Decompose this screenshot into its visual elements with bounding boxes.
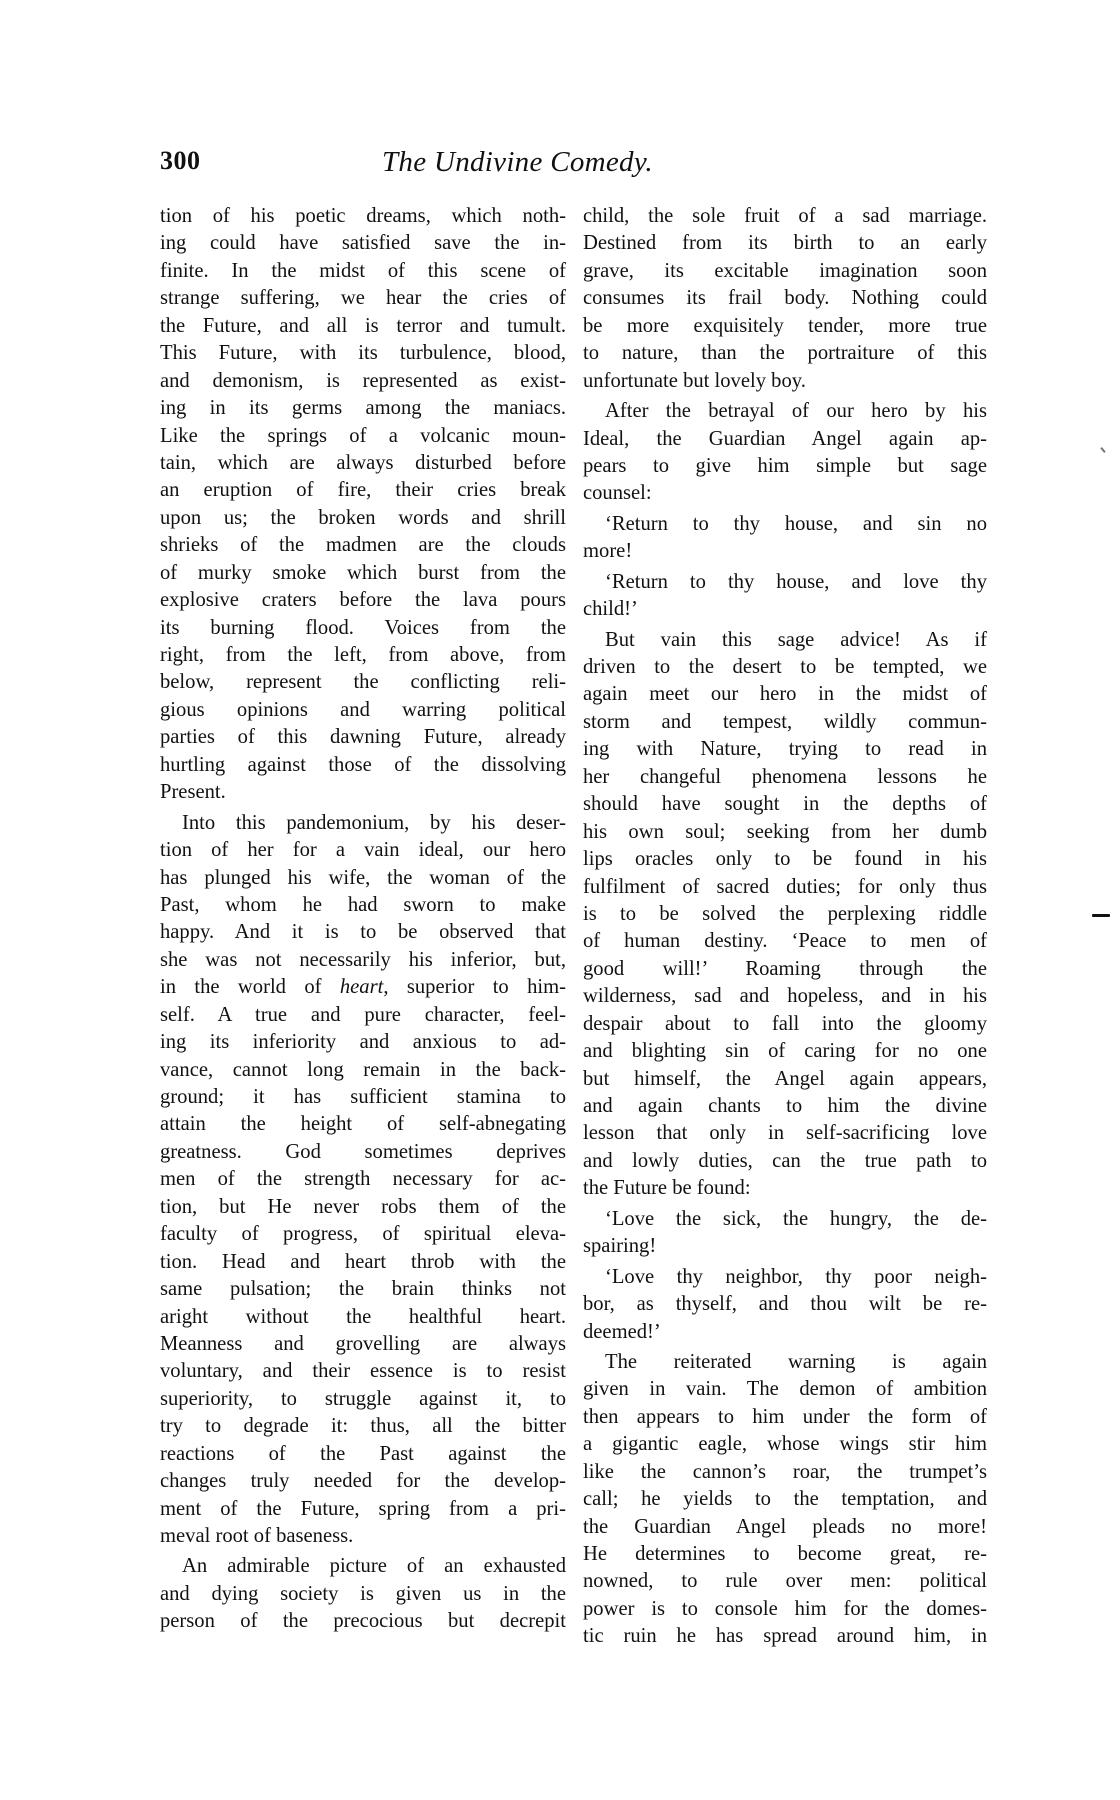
- text-line: He determines to become great, re-: [583, 1541, 987, 1568]
- text-line: tain, which are always disturbed before: [160, 450, 566, 477]
- text-line: and dying society is given us in the: [160, 1581, 566, 1608]
- text-line: to nature, than the portraiture of this: [583, 340, 987, 367]
- margin-dash-mark: [1092, 914, 1110, 917]
- text-line: fulfilment of sacred duties; for only th…: [583, 874, 987, 901]
- text-line: the Guardian Angel pleads no more!: [583, 1514, 987, 1541]
- text-line: unfortunate but lovely boy.: [583, 368, 987, 395]
- text-line: tic ruin he has spread around him, in: [583, 1623, 987, 1650]
- italic-word: heart: [340, 976, 383, 998]
- text-line: ‘Return to thy house, and love thy: [583, 569, 987, 596]
- text-line: greatness. God sometimes deprives: [160, 1139, 566, 1166]
- text-line: she was not necessarily his inferior, bu…: [160, 947, 566, 974]
- text-line: spairing!: [583, 1233, 987, 1260]
- text-line: same pulsation; the brain thinks not: [160, 1276, 566, 1303]
- text-line: lips oracles only to be found in his: [583, 846, 987, 873]
- text-line: hurtling against those of the dissolving: [160, 752, 566, 779]
- text-line: is to be solved the perplexing riddle: [583, 901, 987, 928]
- text-line: vance, cannot long remain in the back-: [160, 1057, 566, 1084]
- text-line: the Future be found:: [583, 1175, 987, 1202]
- left-column-text: tion of his poetic dreams, which noth-in…: [160, 203, 566, 1636]
- text-line: strange suffering, we hear the cries of: [160, 285, 566, 312]
- text-line: happy. And it is to be observed that: [160, 919, 566, 946]
- right-column-text: child, the sole fruit of a sad marriage.…: [583, 203, 987, 1651]
- text-line: her changeful phenomena lessons he: [583, 764, 987, 791]
- page-number: 300: [160, 146, 201, 176]
- text-line: ground; it has sufficient stamina to: [160, 1084, 566, 1111]
- text-line: child!’: [583, 596, 987, 623]
- text-line: Into this pandemonium, by his deser-: [160, 810, 566, 837]
- text-line: in the world of heart, superior to him-: [160, 974, 566, 1001]
- text-line: ‘Love thy neighbor, thy poor neigh-: [583, 1264, 987, 1291]
- text-line: reactions of the Past against the: [160, 1441, 566, 1468]
- text-line: This Future, with its turbulence, blood,: [160, 340, 566, 367]
- text-line: has plunged his wife, the woman of the: [160, 865, 566, 892]
- text-line: Ideal, the Guardian Angel again ap-: [583, 426, 987, 453]
- text-line: a gigantic eagle, whose wings stir him: [583, 1431, 987, 1458]
- text-line: call; he yields to the temptation, and: [583, 1486, 987, 1513]
- text-line: An admirable picture of an exhausted: [160, 1553, 566, 1580]
- text-line: bor, as thyself, and thou wilt be re-: [583, 1291, 987, 1318]
- text-line: person of the precocious but decrepit: [160, 1608, 566, 1635]
- text-line: changes truly needed for the develop-: [160, 1468, 566, 1495]
- text-line: superiority, to struggle against it, to: [160, 1386, 566, 1413]
- text-line: Like the springs of a volcanic moun-: [160, 423, 566, 450]
- text-line: ing with Nature, trying to read in: [583, 736, 987, 763]
- text-line: of murky smoke which burst from the: [160, 560, 566, 587]
- text-line: Past, whom he had sworn to make: [160, 892, 566, 919]
- text-line: ing its inferiority and anxious to ad-: [160, 1029, 566, 1056]
- running-header: 300 The Undivine Comedy.: [160, 146, 990, 186]
- text-line: finite. In the midst of this scene of: [160, 258, 566, 285]
- text-line: gious opinions and warring political: [160, 697, 566, 724]
- text-line: storm and tempest, wildly commun-: [583, 709, 987, 736]
- text-line: Meanness and grovelling are always: [160, 1331, 566, 1358]
- text-line: lesson that only in self-sacrificing lov…: [583, 1120, 987, 1147]
- text-fragment: in the world of: [160, 976, 340, 998]
- text-line: and blighting sin of caring for no one: [583, 1038, 987, 1065]
- text-line: and demonism, is represented as exist-: [160, 368, 566, 395]
- text-line: an eruption of fire, their cries break: [160, 477, 566, 504]
- text-line: meval root of baseness.: [160, 1523, 566, 1550]
- text-line: Present.: [160, 779, 566, 806]
- text-line: grave, its excitable imagination soon: [583, 258, 987, 285]
- text-line: attain the height of self-abnegating: [160, 1111, 566, 1138]
- text-line: counsel:: [583, 480, 987, 507]
- text-line: and lowly duties, can the true path to: [583, 1148, 987, 1175]
- text-line: tion of his poetic dreams, which noth-: [160, 203, 566, 230]
- text-line: tion, but He never robs them of the: [160, 1194, 566, 1221]
- text-line: try to degrade it: thus, all the bitter: [160, 1413, 566, 1440]
- text-fragment: , superior to him-: [383, 976, 566, 998]
- text-line: his own soul; seeking from her dumb: [583, 819, 987, 846]
- text-line: child, the sole fruit of a sad marriage.: [583, 203, 987, 230]
- text-line: its burning flood. Voices from the: [160, 615, 566, 642]
- text-line: the Future, and all is terror and tumult…: [160, 313, 566, 340]
- text-line: The reiterated warning is again: [583, 1349, 987, 1376]
- text-line: parties of this dawning Future, already: [160, 724, 566, 751]
- text-line: of human destiny. ‘Peace to men of: [583, 928, 987, 955]
- text-line: like the cannon’s roar, the trumpet’s: [583, 1459, 987, 1486]
- text-line: good will!’ Roaming through the: [583, 956, 987, 983]
- text-line: faculty of progress, of spiritual eleva-: [160, 1221, 566, 1248]
- running-title: The Undivine Comedy.: [382, 146, 653, 179]
- text-line: should have sought in the depths of: [583, 791, 987, 818]
- text-line: Destined from its birth to an early: [583, 230, 987, 257]
- text-line: shrieks of the madmen are the clouds: [160, 532, 566, 559]
- text-line: right, from the left, from above, from: [160, 642, 566, 669]
- text-line: voluntary, and their essence is to resis…: [160, 1358, 566, 1385]
- text-line: ing in its germs among the maniacs.: [160, 395, 566, 422]
- text-line: nowned, to rule over men: political: [583, 1568, 987, 1595]
- text-line: deemed!’: [583, 1319, 987, 1346]
- text-line: aright without the healthful heart.: [160, 1304, 566, 1331]
- text-line: ment of the Future, spring from a pri-: [160, 1496, 566, 1523]
- text-line: despair about to fall into the gloomy: [583, 1011, 987, 1038]
- text-line: tion of her for a vain ideal, our hero: [160, 837, 566, 864]
- text-line: more!: [583, 538, 987, 565]
- text-line: given in vain. The demon of ambition: [583, 1376, 987, 1403]
- text-line: then appears to him under the form of: [583, 1404, 987, 1431]
- text-line: ing could have satisfied save the in-: [160, 230, 566, 257]
- text-line: consumes its frail body. Nothing could: [583, 285, 987, 312]
- text-line: again meet our hero in the midst of: [583, 681, 987, 708]
- text-line: men of the strength necessary for ac-: [160, 1166, 566, 1193]
- text-line: ‘Love the sick, the hungry, the de-: [583, 1206, 987, 1233]
- text-line: After the betrayal of our hero by his: [583, 398, 987, 425]
- margin-speck: [1100, 447, 1105, 453]
- text-line: wilderness, sad and hopeless, and in his: [583, 983, 987, 1010]
- text-line: self. A true and pure character, feel-: [160, 1002, 566, 1029]
- text-line: But vain this sage advice! As if: [583, 627, 987, 654]
- text-line: upon us; the broken words and shrill: [160, 505, 566, 532]
- text-line: ‘Return to thy house, and sin no: [583, 511, 987, 538]
- text-line: tion. Head and heart throb with the: [160, 1249, 566, 1276]
- text-line: and again chants to him the divine: [583, 1093, 987, 1120]
- text-line: driven to the desert to be tempted, we: [583, 654, 987, 681]
- text-line: below, represent the conflicting reli-: [160, 669, 566, 696]
- text-line: pears to give him simple but sage: [583, 453, 987, 480]
- text-line: be more exquisitely tender, more true: [583, 313, 987, 340]
- text-line: but himself, the Angel again appears,: [583, 1066, 987, 1093]
- text-line: explosive craters before the lava pours: [160, 587, 566, 614]
- text-line: power is to console him for the domes-: [583, 1596, 987, 1623]
